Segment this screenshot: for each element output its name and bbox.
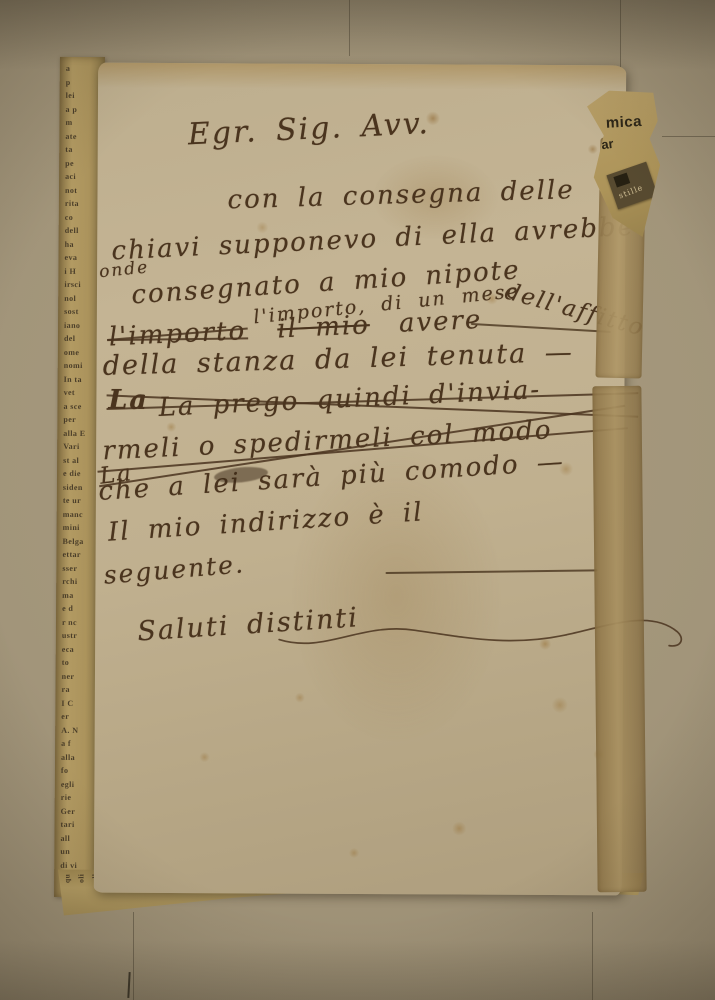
- pencil-line-right-horizontal: [662, 136, 715, 137]
- struck-word-il-mio: il mio: [277, 310, 371, 344]
- pencil-line-bottom-left: [133, 912, 134, 1000]
- word-avere: avere: [398, 305, 483, 339]
- newsprint-fragment: oli: [77, 872, 87, 883]
- ink-rule-after-seguente: [386, 569, 598, 574]
- newsprint-word-mica: mica: [605, 113, 642, 132]
- letter-paper: Egr. Sig. Avv. con la consegna delle chi…: [94, 63, 626, 896]
- body-line-1: con la consegna delle: [227, 175, 575, 215]
- pencil-line-top-center: [349, 0, 350, 56]
- newsprint-dark-chip: stille: [606, 162, 657, 210]
- body-line-9: Il mio indirizzo è il: [107, 497, 424, 547]
- handwritten-text: Egr. Sig. Avv. con la consegna delle chi…: [94, 63, 626, 896]
- tape-strip-right-lower: [592, 386, 646, 892]
- margin-insertion-word: onde: [98, 257, 150, 282]
- body-line-10: seguente.: [103, 549, 246, 589]
- pencil-line-bottom-right: [592, 912, 593, 1000]
- newsprint-chip-block: [613, 173, 630, 188]
- ink-tick-mark: [127, 972, 130, 998]
- newsprint-fragment: qu: [63, 872, 73, 883]
- salutation-line: Egr. Sig. Avv.: [187, 106, 430, 152]
- body-line-2: chiavi supponevo di ella avrebbe: [111, 212, 636, 267]
- photograph-of-letter: apleia pmatetapeacinotritacodellhaevai H…: [0, 0, 715, 1000]
